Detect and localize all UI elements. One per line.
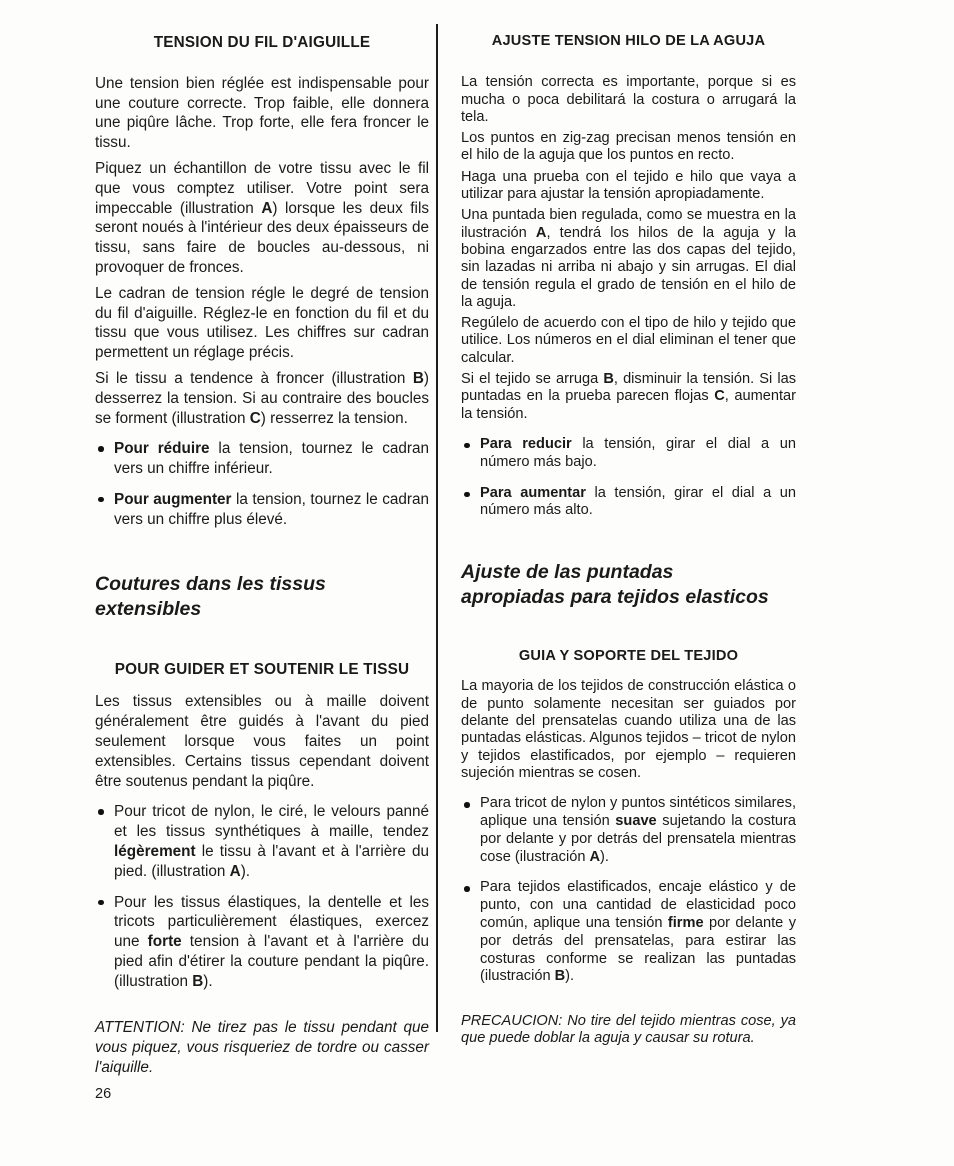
text-run: La tensión correcta es importante, porqu… [461, 74, 796, 125]
french-bullet: Pour réduire la tension, tournez le cadr… [95, 439, 429, 479]
text-run: TENSION DU FIL D'AIGUILLE [154, 34, 371, 51]
spanish-para: Los puntos en zig-zag precisan menos ten… [461, 130, 796, 165]
text-run: Coutures dans les tissus extensibles [95, 573, 326, 620]
text-run: Les tissus extensibles ou à maille doive… [95, 693, 429, 789]
text-run: ). [600, 849, 609, 865]
french-note: ATTENTION: Ne tirez pas le tissu pendant… [95, 1018, 429, 1077]
text-run-bold: B [555, 968, 566, 984]
spanish-para: Haga una prueba con el tejido e hilo que… [461, 169, 796, 204]
text-run-bold: A [536, 225, 547, 241]
text-run: GUIA Y SOPORTE DEL TEJIDO [519, 648, 738, 664]
text-run: POUR GUIDER ET SOUTENIR LE TISSU [115, 661, 410, 678]
text-run: AJUSTE TENSION HILO DE LA AGUJA [492, 33, 766, 49]
bullet-dot [464, 443, 470, 449]
text-run: La mayoria de los tejidos de construcció… [461, 678, 796, 780]
text-run-bold: A [261, 200, 272, 217]
french-para: Le cadran de tension régle le degré de t… [95, 284, 429, 363]
spanish-para: Regúlelo de acuerdo con el tipo de hilo … [461, 315, 796, 367]
spanish-bullet: Para reducir la tensión, girar el dial a… [461, 436, 796, 472]
text-run: ). [241, 863, 250, 880]
text-run: Si el tejido se arruga [461, 371, 603, 387]
french-para: Si le tissu a tendence à froncer (illust… [95, 369, 429, 428]
bullet-dot [98, 446, 104, 452]
text-run: Le cadran de tension régle le degré de t… [95, 285, 429, 361]
text-run-bold: Para reducir [480, 436, 572, 452]
text-run-bold: légèrement [114, 843, 196, 860]
text-run-bold: forte [148, 933, 182, 950]
text-run-bold: suave [615, 813, 656, 829]
bullet-dot [464, 492, 470, 498]
text-run-bold: Pour réduire [114, 440, 210, 457]
spanish-para: La tensión correcta es importante, porqu… [461, 74, 796, 126]
text-run: ) resserrez la tension. [261, 410, 408, 427]
column-french: TENSION DU FIL D'AIGUILLEUne tension bie… [95, 33, 429, 1105]
text-run-bold: Pour augmenter [114, 491, 232, 508]
text-run: PRECAUCION: No tire del tejido mientras … [461, 1013, 796, 1046]
text-run-bold: B [413, 370, 424, 387]
spanish-sections: AJUSTE TENSION HILO DE LA AGUJALa tensió… [461, 33, 796, 1048]
spanish-heading: AJUSTE TENSION HILO DE LA AGUJA [461, 33, 796, 50]
bullet-dot [98, 497, 104, 503]
french-italic-heading: Coutures dans les tissus extensibles [95, 572, 429, 622]
french-heading: TENSION DU FIL D'AIGUILLE [95, 33, 429, 53]
spanish-para: La mayoria de los tejidos de construcció… [461, 678, 796, 782]
text-run: Ajuste de las puntadas apropiadas para t… [461, 561, 769, 608]
spanish-para: Una puntada bien regulada, como se muest… [461, 207, 796, 311]
page-number: 26 [95, 1085, 429, 1105]
text-run: Los puntos en zig-zag precisan menos ten… [461, 130, 796, 163]
manual-page: TENSION DU FIL D'AIGUILLEUne tension bie… [0, 0, 954, 1166]
spanish-italic-heading: Ajuste de las puntadas apropiadas para t… [461, 560, 796, 610]
text-run-bold: firme [668, 915, 704, 931]
text-run-bold: A [230, 863, 241, 880]
bullet-dot [464, 886, 470, 892]
text-run: Une tension bien réglée est indispensabl… [95, 75, 429, 151]
french-sections: TENSION DU FIL D'AIGUILLEUne tension bie… [95, 33, 429, 1078]
french-para: Les tissus extensibles ou à maille doive… [95, 692, 429, 791]
french-sub-heading: POUR GUIDER ET SOUTENIR LE TISSU [95, 660, 429, 680]
french-para: Une tension bien réglée est indispensabl… [95, 74, 429, 153]
text-run: ). [565, 968, 574, 984]
text-run: ATTENTION: Ne tirez pas le tissu pendant… [95, 1019, 429, 1076]
text-run-bold: Para aumentar [480, 485, 586, 501]
text-run: Haga una prueba con el tejido e hilo que… [461, 169, 796, 202]
french-bullet: Pour tricot de nylon, le ciré, le velour… [95, 802, 429, 881]
text-run-bold: B [603, 371, 614, 387]
text-run: Regúlelo de acuerdo con el tipo de hilo … [461, 315, 796, 366]
text-run-bold: C [714, 388, 725, 404]
spanish-bullet: Para tricot de nylon y puntos sintéticos… [461, 795, 796, 866]
spanish-bullet: Para tejidos elastificados, encaje elást… [461, 879, 796, 986]
spanish-note: PRECAUCION: No tire del tejido mientras … [461, 1013, 796, 1048]
text-run-bold: B [192, 973, 203, 990]
french-bullet: Pour augmenter la tension, tournez le ca… [95, 490, 429, 530]
bullet-dot [98, 809, 104, 815]
bullet-dot [464, 802, 470, 808]
text-run-bold: A [590, 849, 601, 865]
text-run: Pour tricot de nylon, le ciré, le velour… [114, 803, 429, 840]
column-divider-line [436, 24, 438, 1032]
spanish-para: Si el tejido se arruga B, disminuir la t… [461, 371, 796, 423]
column-spanish: AJUSTE TENSION HILO DE LA AGUJALa tensió… [461, 33, 796, 1048]
text-run: Si le tissu a tendence à froncer (illust… [95, 370, 413, 387]
french-bullet: Pour les tissus élastiques, la dentelle … [95, 893, 429, 992]
text-run-bold: C [250, 410, 261, 427]
bullet-dot [98, 900, 104, 906]
text-run: ). [203, 973, 212, 990]
spanish-sub-heading: GUIA Y SOPORTE DEL TEJIDO [461, 648, 796, 665]
spanish-bullet: Para aumentar la tensión, girar el dial … [461, 485, 796, 521]
french-para: Piquez un échantillon de votre tissu ave… [95, 159, 429, 278]
